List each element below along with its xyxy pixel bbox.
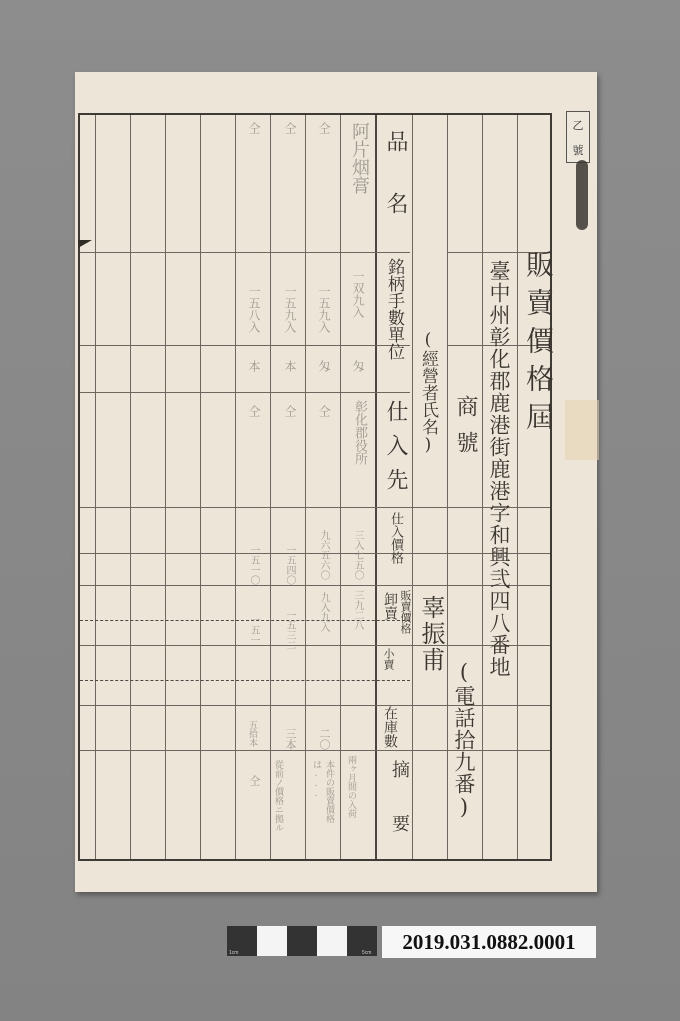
ink-stain: [576, 160, 588, 230]
cell-supplier: 仝: [246, 405, 263, 417]
grid-hline: [80, 345, 410, 346]
cell-supplier: 仝: [316, 405, 333, 417]
grid-vline: [95, 115, 96, 859]
cell-stock: 五拾本: [246, 720, 259, 747]
cell-note: 仝: [246, 775, 262, 786]
cell-note: 兩ヶ月間の入荷: [345, 755, 358, 818]
cell-units: 一五九入: [282, 285, 299, 333]
grid-hline: [80, 750, 550, 751]
grid-hline: [80, 585, 550, 586]
grid-hline: [80, 705, 550, 706]
cell-price: 一五三二: [282, 610, 297, 650]
grid-hline-dashed: [80, 680, 410, 681]
header-retail-price: 販賣價格: [397, 590, 413, 634]
shop-address: 臺中州彰化郡鹿港街鹿港字和興弐四八番地: [484, 260, 514, 678]
operator-label: (經營者氏名): [416, 330, 441, 455]
form-table-frame: [78, 113, 552, 861]
grid-vline: [447, 115, 448, 859]
scale-label-start: 1cm: [229, 950, 238, 956]
cell-purchase: 一五一〇: [246, 545, 261, 585]
shop-phone: (電話拾九番): [449, 660, 479, 820]
type-tab-char-2: 號: [573, 142, 584, 158]
cell-supplier: 仝: [282, 405, 299, 417]
cell-note: 本件の販賣價格は...: [310, 760, 336, 860]
grid-vline: [200, 115, 201, 859]
tape-stain: [565, 400, 599, 460]
cell-units: 一双九入: [350, 270, 367, 318]
cell-stock: 二〇: [316, 728, 332, 750]
header-stock: 在庫數: [380, 706, 400, 748]
grid-vline: [305, 115, 306, 859]
type-tab-char-1: 乙: [573, 117, 584, 133]
cell-purchase: 九六五六〇: [316, 530, 331, 580]
cell-qty-unit: 匁: [350, 360, 367, 372]
cell-price: 三九二八: [350, 590, 365, 630]
cell-note: 從前ノ價格ニ拠ル: [272, 760, 285, 860]
cell-units: 一五八入: [246, 285, 263, 333]
cell-product: 仝: [282, 122, 299, 134]
grid-vline: [412, 115, 413, 859]
grid-vline: [340, 115, 341, 859]
grid-hline: [80, 553, 550, 554]
cell-purchase: 一五四〇: [282, 545, 297, 585]
operator-name: 辜振甫: [414, 595, 449, 673]
grid-hline: [80, 645, 550, 646]
type-tab: 乙 號: [566, 111, 590, 163]
cell-purchase: 三入七五〇: [350, 530, 365, 580]
form-title: 販賣價格屆: [518, 250, 558, 440]
grid-hline: [80, 507, 550, 508]
cell-product: 仝: [316, 122, 333, 134]
header-remarks: 摘要: [386, 760, 412, 868]
cell-qty-unit: 本: [282, 360, 299, 372]
header-retail: 小賣: [380, 648, 396, 670]
corner-notch: [78, 240, 92, 248]
header-brand-units: 銘柄手數單位: [382, 258, 407, 360]
header-purchase-price: 仕入價格: [386, 512, 405, 564]
grid-hline: [80, 252, 410, 253]
cell-price: 九入九入: [316, 592, 331, 632]
scale-label-end: 5cm: [362, 950, 371, 956]
grid-vline: [165, 115, 166, 859]
cell-qty-unit: 本: [246, 360, 263, 372]
accession-number-label: 2019.031.0882.0001: [382, 926, 596, 958]
grid-vline: [270, 115, 271, 859]
grid-hline: [80, 392, 410, 393]
shop-name-label: 商號: [450, 395, 481, 467]
cell-units: 一五九入: [316, 285, 333, 333]
grid-vline: [517, 115, 518, 859]
scale-bar: [227, 926, 377, 956]
grid-vline: [482, 115, 483, 859]
cell-supplier: 彰化郡役所: [350, 400, 369, 465]
header-product-name: 品名: [380, 130, 411, 254]
header-supplier: 仕入先: [380, 400, 411, 502]
cell-product: 仝: [246, 122, 263, 134]
grid-vline: [130, 115, 131, 859]
grid-vline: [235, 115, 236, 859]
cell-stock: 三本: [282, 728, 298, 750]
grid-vline-header-divider: [375, 115, 377, 859]
cell-price: 一五一: [246, 615, 261, 645]
cell-qty-unit: 匁: [316, 360, 333, 372]
cell-product: 阿片烟膏: [346, 122, 372, 194]
